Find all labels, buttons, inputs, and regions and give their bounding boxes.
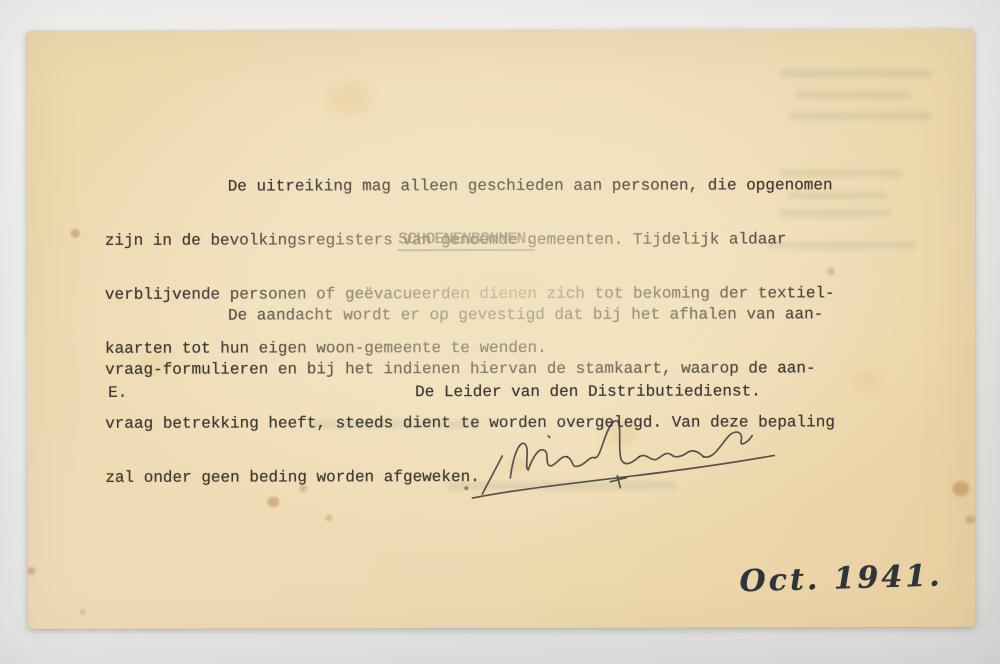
typed-line: De uitreiking mag alleen geschieden aan …: [105, 176, 835, 196]
section-heading: SCHOENENBONNEN.: [398, 230, 535, 251]
reference-letter: E.: [108, 384, 127, 402]
signature: [462, 397, 792, 502]
ink-bleedthrough: [789, 111, 931, 120]
foxing-spot: [27, 567, 35, 575]
section-heading-wrap: SCHOENENBONNEN.: [398, 230, 535, 248]
document-page: De uitreiking mag alleen geschieden aan …: [26, 29, 975, 629]
foxing-spot: [952, 481, 969, 496]
stain-blotch: [326, 82, 372, 116]
ink-bleedthrough: [779, 69, 931, 78]
typed-line: vraag-formulieren en bij het indienen hi…: [105, 359, 835, 379]
ink-bleedthrough: [795, 90, 911, 99]
foxing-spot: [965, 515, 975, 524]
foxing-spot: [71, 229, 80, 238]
typed-line: De aandacht wordt er op gevestigd dat bi…: [105, 305, 835, 325]
foxing-spot: [80, 609, 86, 615]
handwritten-date: Oct. 1941.: [739, 558, 950, 599]
photo-backdrop: De uitreiking mag alleen geschieden aan …: [0, 0, 1000, 664]
